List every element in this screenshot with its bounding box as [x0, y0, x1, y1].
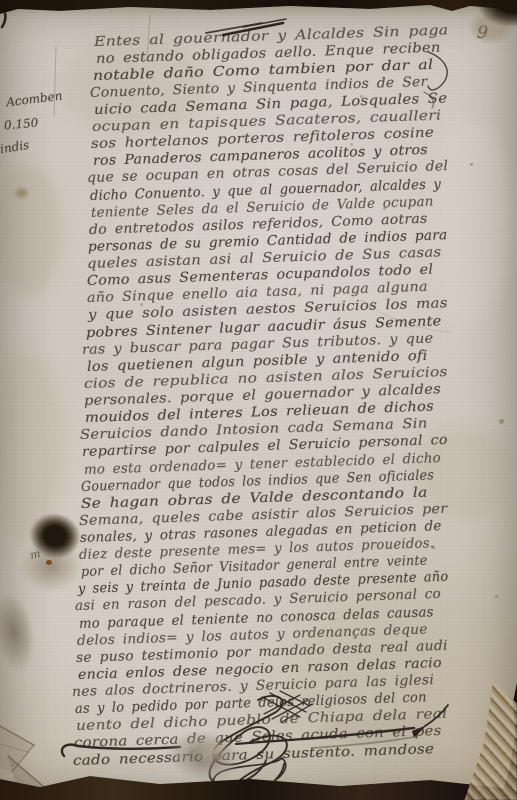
rust-spot [46, 560, 52, 565]
manuscript-photo: 9 Acomben 0.150 indis m Entes al gouerna… [0, 0, 517, 800]
manuscript-page: 9 Acomben 0.150 indis m Entes al gouerna… [0, 0, 517, 800]
ink-smudge-core [196, 737, 226, 765]
text-block: Entes al gouernador y Alcaldes Sin pagan… [0, 0, 517, 800]
